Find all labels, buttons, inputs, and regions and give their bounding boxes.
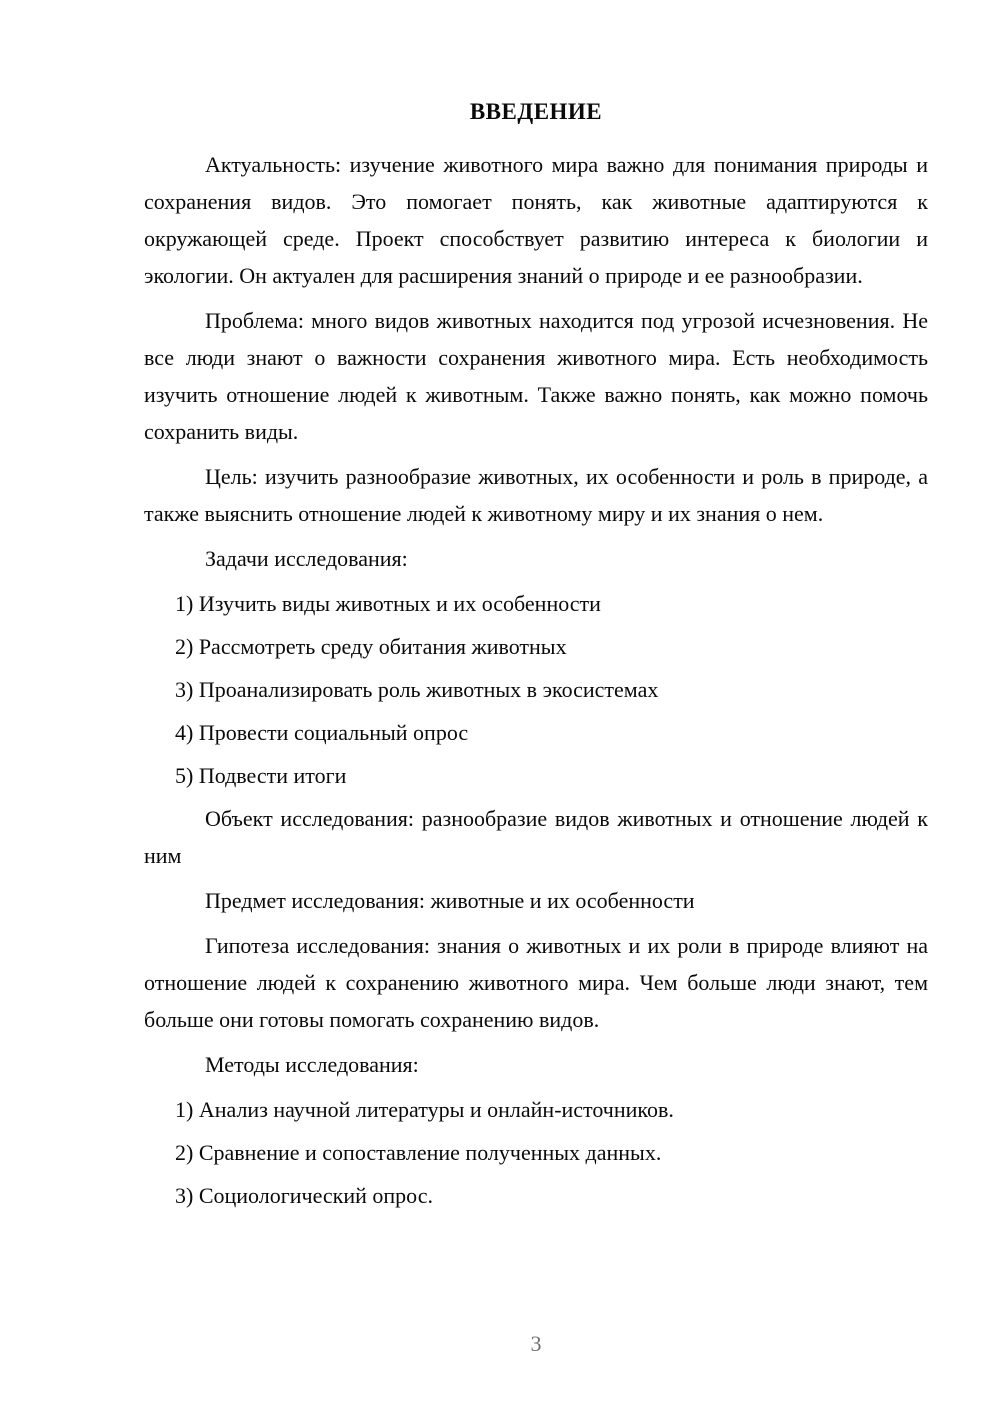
- method-item-1: 1) Анализ научной литературы и онлайн-ис…: [144, 1091, 928, 1128]
- task-item-1: 1) Изучить виды животных и их особенност…: [144, 585, 928, 622]
- paragraph-subject: Предмет исследования: животные и их особ…: [144, 882, 928, 919]
- tasks-heading: Задачи исследования:: [144, 540, 928, 577]
- methods-heading: Методы исследования:: [144, 1046, 928, 1083]
- method-item-2: 2) Сравнение и сопоставление полученных …: [144, 1134, 928, 1171]
- task-item-5: 5) Подвести итоги: [144, 757, 928, 794]
- page-title: ВВЕДЕНИЕ: [144, 98, 928, 126]
- task-item-4: 4) Провести социальный опрос: [144, 714, 928, 751]
- task-item-2: 2) Рассмотреть среду обитания животных: [144, 628, 928, 665]
- page-number: 3: [144, 1330, 928, 1358]
- paragraph-relevance: Актуальность: изучение животного мира ва…: [144, 146, 928, 294]
- paragraph-problem: Проблема: много видов животных находится…: [144, 302, 928, 450]
- paragraph-object: Объект исследования: разнообразие видов …: [144, 800, 928, 874]
- document-content: ВВЕДЕНИЕ Актуальность: изучение животног…: [144, 98, 928, 1220]
- paragraph-hypothesis: Гипотеза исследования: знания о животных…: [144, 927, 928, 1038]
- task-item-3: 3) Проанализировать роль животных в экос…: [144, 671, 928, 708]
- document-page: ВВЕДЕНИЕ Актуальность: изучение животног…: [0, 0, 1000, 1414]
- paragraph-goal: Цель: изучить разнообразие животных, их …: [144, 458, 928, 532]
- method-item-3: 3) Социологический опрос.: [144, 1177, 928, 1214]
